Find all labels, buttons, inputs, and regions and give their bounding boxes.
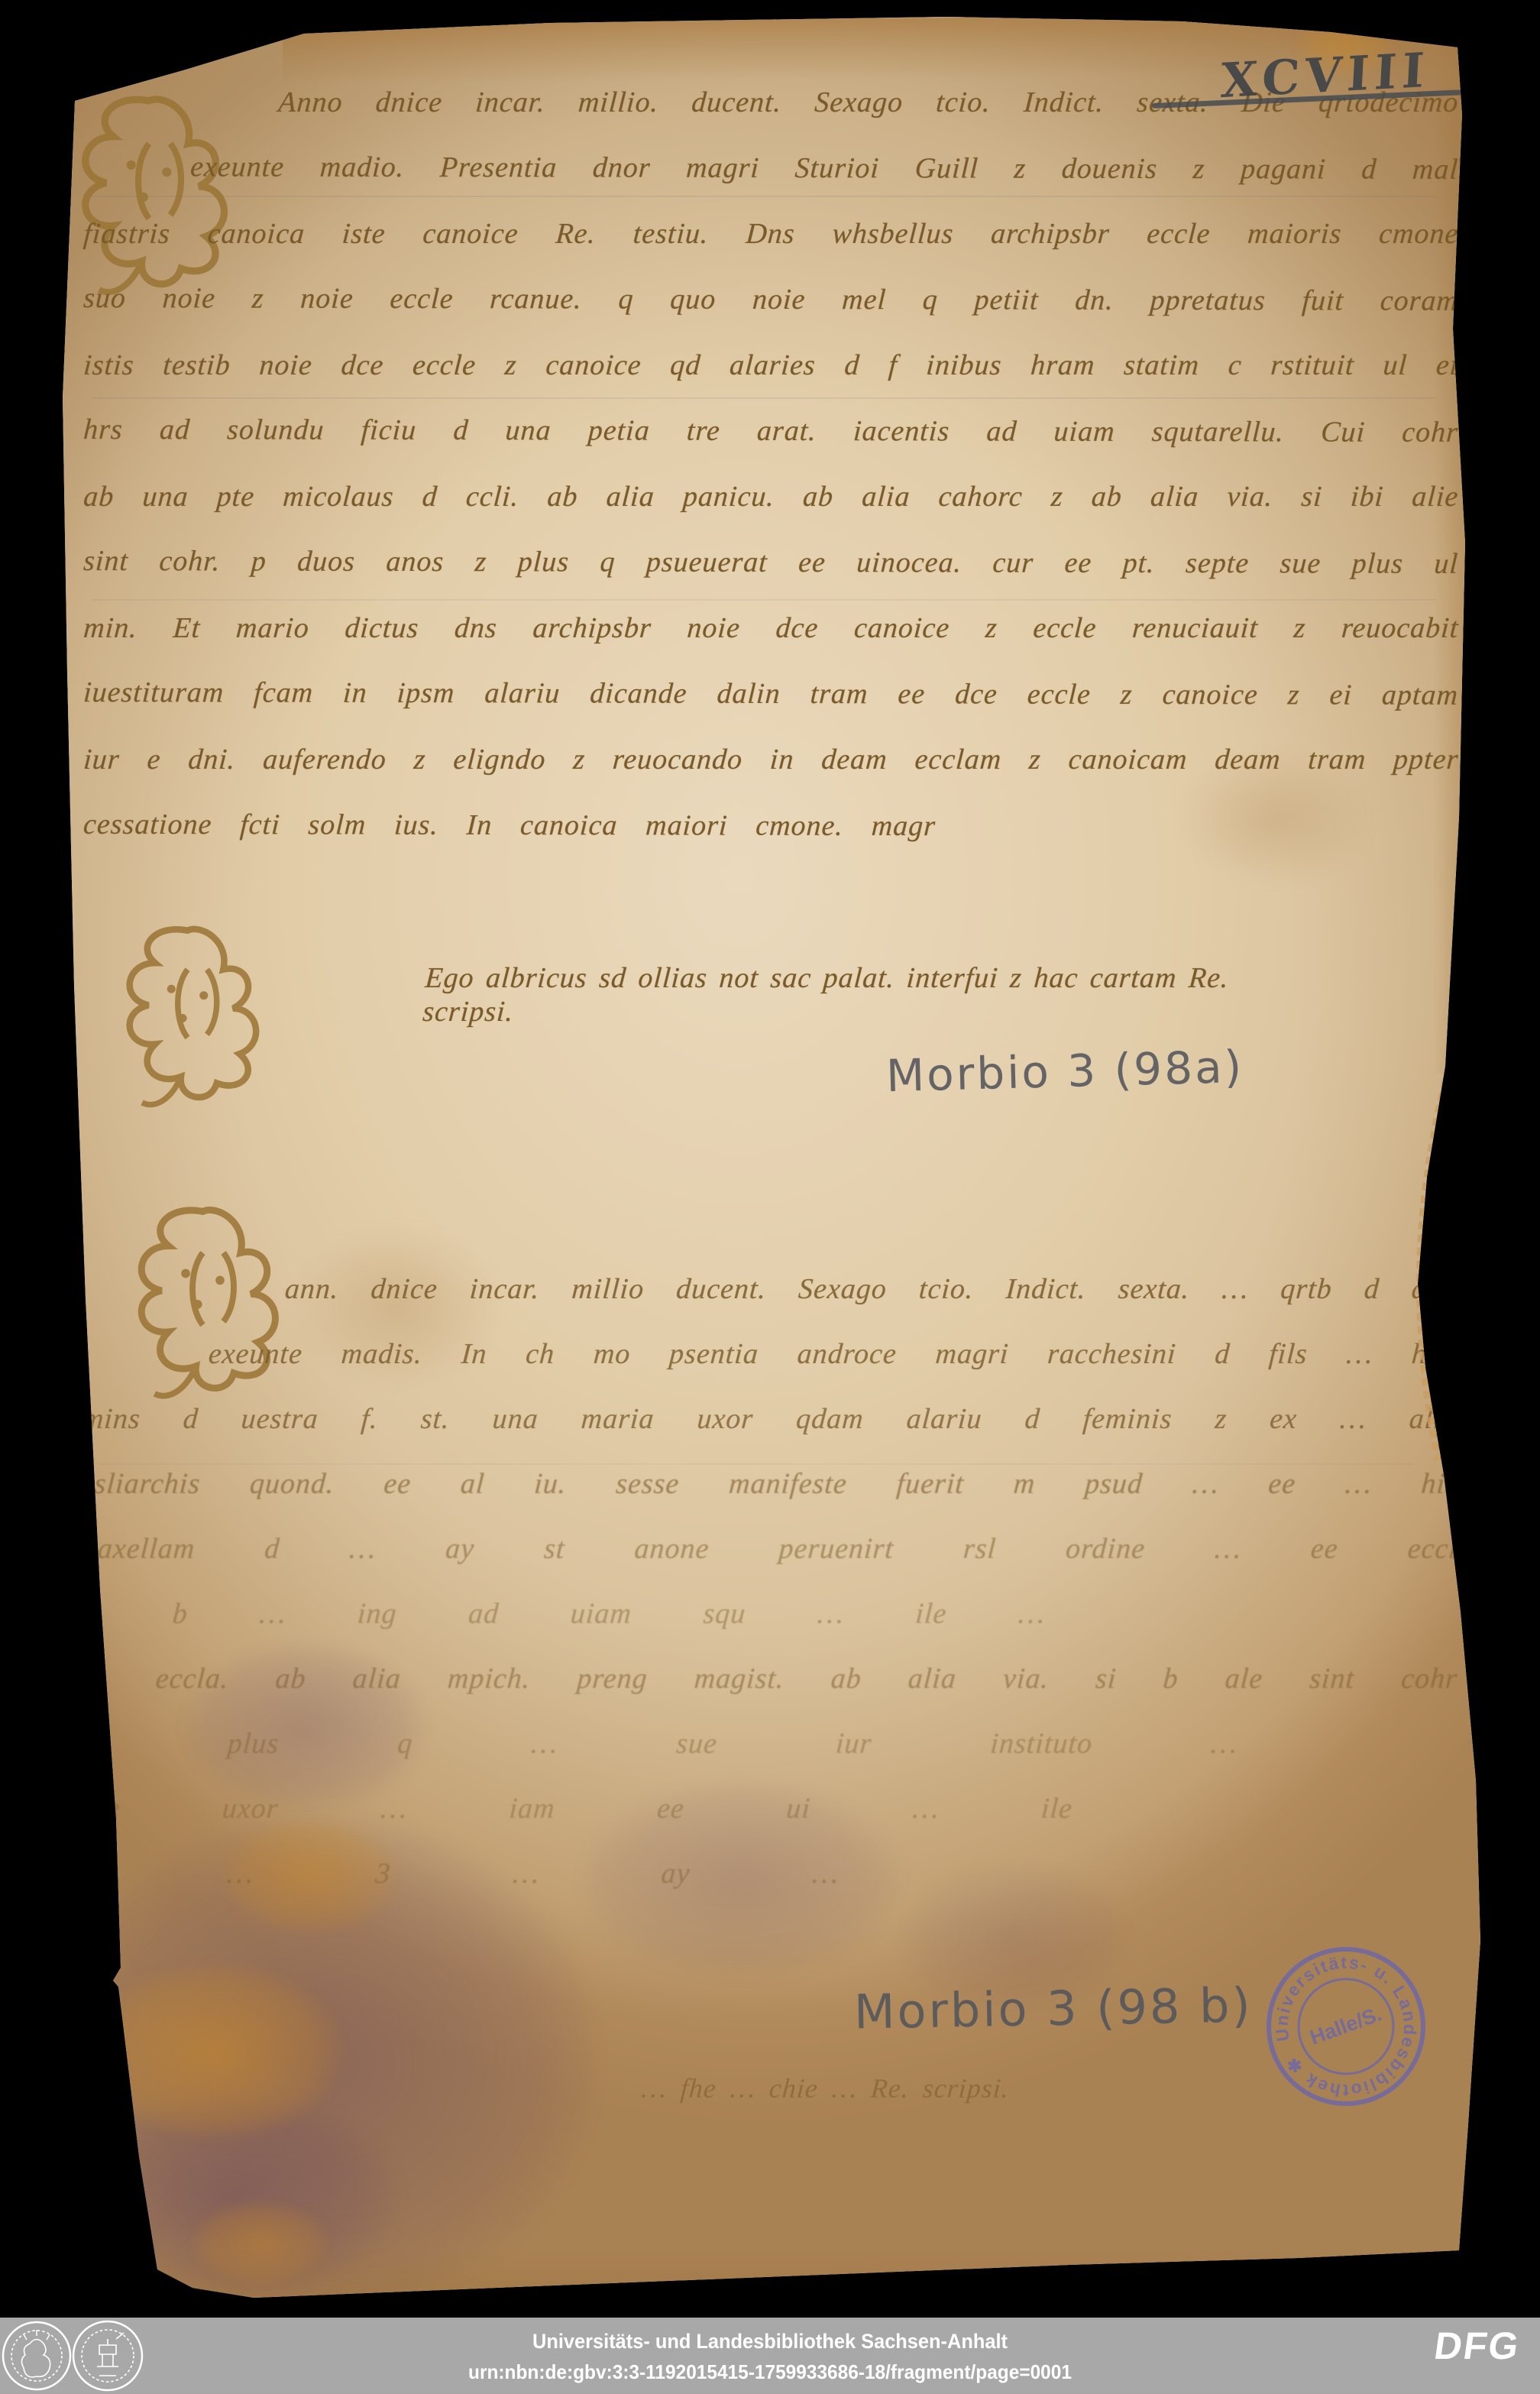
dfg-logo: DFG (1432, 2324, 1523, 2368)
stain (191, 2201, 328, 2285)
manuscript-line: … plus q … sue iur instituto … (80, 1712, 1240, 1777)
manuscript-line: sint cohr. p duos anos z plus q psueuera… (81, 544, 1459, 613)
manuscript-line: cessatione fcti solm ius. In canoica mai… (81, 808, 937, 875)
manuscript-line: … eccla. ab alia mpich. preng magist. ab… (80, 1647, 1460, 1712)
manuscript-line: R b … ing ad uiam squ … ile … (80, 1582, 1047, 1647)
manuscript-line: uaxellam d … ay st anone peruenirt rsl o… (80, 1517, 1460, 1582)
manuscript-line: hrs ad solundu ficiu d una petia tre ara… (81, 413, 1459, 481)
notarial-sign-icon (105, 921, 270, 1116)
notary-subscription-line: Ego albricus sd ollias not sac palat. in… (422, 961, 1297, 1029)
footer-bar: Universitäts- und Landesbibliothek Sachs… (0, 2318, 1540, 2394)
charter-1-text: Anno dnice incar. millio. ducent. Sexago… (82, 86, 1457, 874)
footer-library-name: Universitäts- und Landesbibliothek Sachs… (46, 2330, 1493, 2354)
stamp-center-text: Halle/S. (1307, 2002, 1385, 2049)
footer-urn: urn:nbn:de:gbv:3:3-1192015415-1759933686… (46, 2360, 1493, 2384)
charter-2-text: ann. dnice incar. millio ducent. Sexago … (82, 1257, 1457, 1906)
manuscript-line: ann. dnice incar. millio ducent. Sexago … (80, 1257, 1460, 1322)
pencil-annotation-morbio-a: Morbio 3 (98a) (885, 1041, 1244, 1102)
manuscript-line: ab una pte micolaus d ccli. ab alia pani… (80, 480, 1460, 546)
screenshot-root: Anno dnice incar. millio. ducent. Sexago… (0, 0, 1540, 2394)
faded-final-line: … fhe … chie … Re. scripsi. (641, 2072, 1132, 2104)
manuscript-line: istis testib noie dce eccle z canoice qd… (80, 348, 1460, 414)
manuscript-line: iur e dni. auferendo z eligndo z reuocan… (80, 743, 1460, 808)
manuscript-line: fiastris canoica iste canoice Re. testiu… (80, 217, 1460, 283)
manuscript-line: uie uxor … iam ee ui … ile (80, 1777, 1075, 1842)
manuscript-line: iuestituram fcam in ipsm alariu dicande … (81, 675, 1459, 744)
pencil-annotation-morbio-b: Morbio 3 (98 b) (853, 1977, 1253, 2039)
manuscript-line: et … 3 … ay … (80, 1842, 841, 1906)
manuscript-line: rsliarchis quond. ee al iu. sesse manife… (80, 1452, 1460, 1517)
manuscript-line: suo noie z noie eccle rcanue. q quo noie… (81, 281, 1459, 350)
stain (84, 1964, 344, 2140)
manuscript-line: exeunte madis. In ch mo psentia androce … (80, 1322, 1460, 1387)
manuscript-line: min. Et mario dictus dns archipsbr noie … (80, 611, 1460, 677)
manuscript-line: mins d uestra f. st. una maria uxor qdam… (80, 1387, 1460, 1452)
manuscript-line: exeunte madio. Presentia dnor magri Stur… (81, 150, 1459, 219)
parchment: Anno dnice incar. millio. ducent. Sexago… (0, 0, 1540, 2308)
